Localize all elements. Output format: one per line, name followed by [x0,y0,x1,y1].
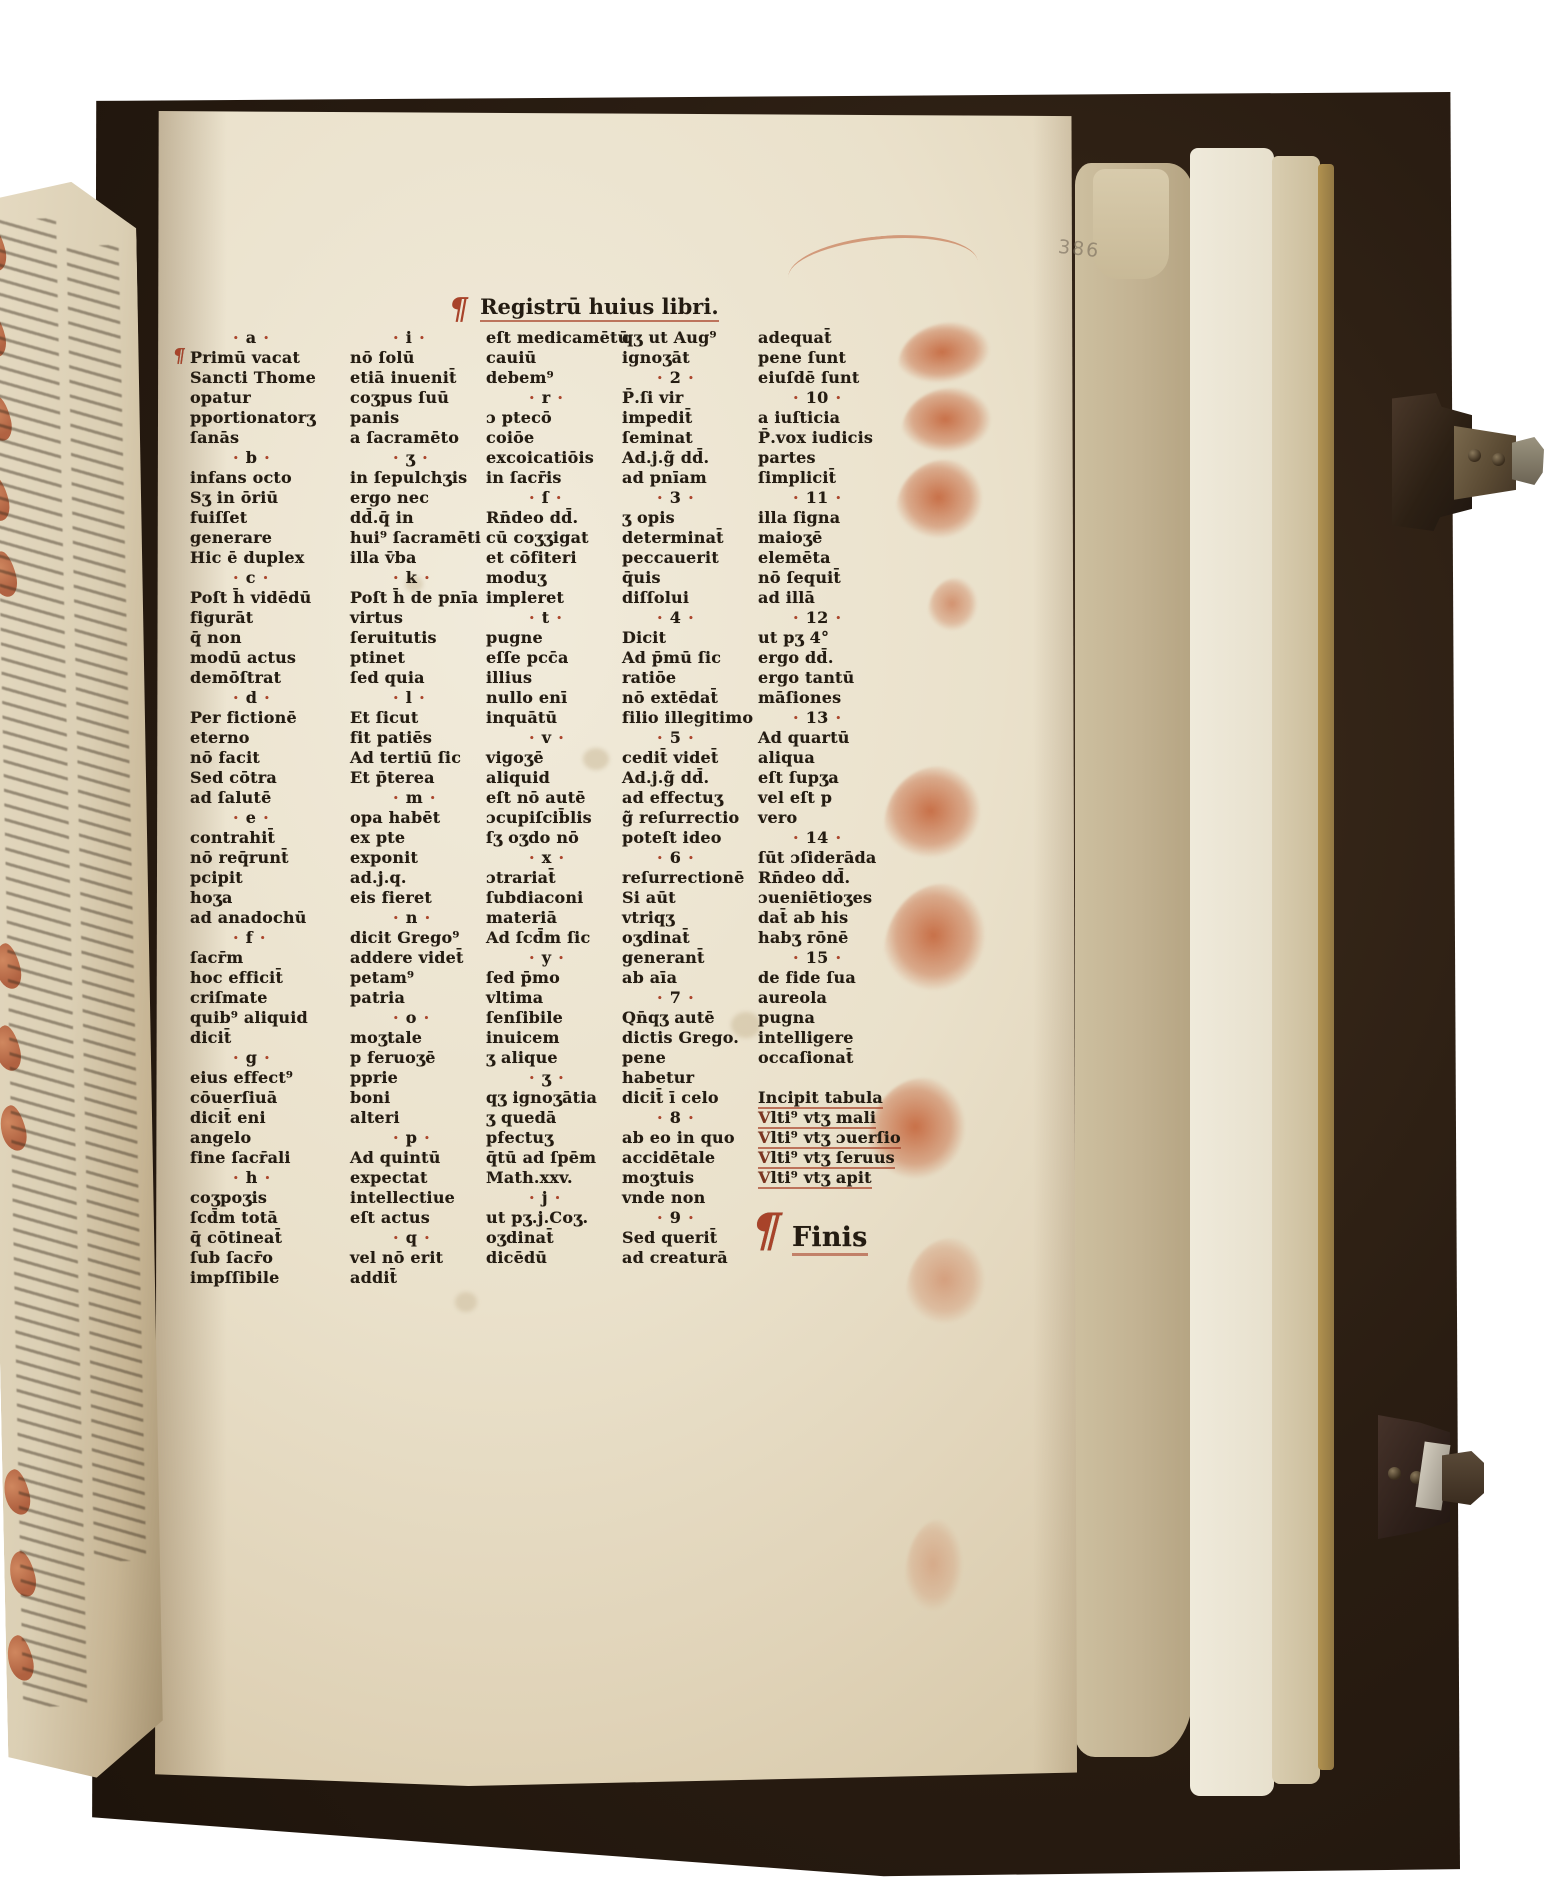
register-line: moʒtuis [622,1168,774,1188]
register-line: coʒpoʒis [190,1188,342,1208]
marker-dot: · [417,1228,437,1247]
marker-dot: · [418,908,438,927]
marker-dot: · [522,1188,542,1207]
line-text: ignoʒāt [622,348,690,367]
register-line: Sed cōtra [190,768,342,788]
line-text: boni [350,1088,390,1107]
register-line: materiā [486,908,638,928]
marker-dot: · [550,388,570,407]
register-line: Vlti⁹ vtʒ apit [758,1168,936,1188]
register-title: Registrū huius libri. [480,294,719,322]
register-line: ergo dd̄. [758,648,936,668]
register-line: habʒ rōnē [758,928,936,948]
line-text: ad anadochū [190,908,307,927]
line-text: demōſtrat [190,668,281,687]
register-line: pene ſunt [758,348,936,368]
marker-dot: · [257,688,277,707]
section-marker: ·3· [622,488,774,508]
line-text: eiuſdē ſunt [758,368,859,387]
marker-dot: · [386,1128,406,1147]
marker-letter: 7 [670,988,681,1007]
line-text: ſacr̄m [190,948,243,967]
line-text: Ad ſcd̄m ſic [486,928,590,947]
register-line: adequat̄ [758,328,936,348]
line-text: pportionatorʒ [190,408,316,427]
register-line: Ad.j.g̃ dd̄. [622,768,774,788]
marker-letter: 3 [670,488,681,507]
marker-letter: 15 [806,948,829,967]
register-line: P̄.ſi vir [622,388,774,408]
marker-dot: · [681,608,701,627]
register-line: ut pʒ 4° [758,628,936,648]
section-marker: ·b· [190,448,342,468]
register-line: criſmate [190,988,342,1008]
fore-edge-flyleaf [1075,163,1193,1757]
register-line: ſacr̄m [190,948,342,968]
line-text: eſt ſupʒa [758,768,839,787]
section-marker: ·v· [486,728,638,748]
line-text: eſt nō autē [486,788,586,807]
register-line: accidētale [622,1148,774,1168]
line-text: ptinet [350,648,405,667]
register-line: Et p̄terea [350,768,502,788]
register-line: ſenſibile [486,1008,638,1028]
register-line: ſed p̄mo [486,968,638,988]
marker-dot: · [522,1068,542,1087]
register-line: vel nō erit [350,1248,502,1268]
register-line: Sʒ in ōriū [190,488,342,508]
marker-letter: 4 [670,608,681,627]
line-text: petam⁹ [350,968,414,987]
section-marker: ·r· [486,388,638,408]
marker-dot: · [417,1128,437,1147]
register-line: intellectiue [350,1188,502,1208]
line-text: vel eſt p [758,788,832,807]
line-text: materiā [486,908,557,927]
line-text: ad ſalutē [190,788,271,807]
register-line: contrahit̄ [190,828,342,848]
photo-of-open-incunable: ¶Registrū huius libri. ·a·¶Primū vacatSa… [0,0,1561,1890]
section-marker: ·ſ· [486,488,638,508]
line-text: Math.xxv. [486,1168,573,1187]
line-text: coʒpus ſuū [350,388,449,407]
line-text: excoicatiōis [486,448,594,467]
line-text: in ſepulchʒis [350,468,467,487]
register-line: vero [758,808,936,828]
section-marker: ·14· [758,828,936,848]
section-marker: ·m· [350,788,502,808]
marker-dot: · [551,1068,571,1087]
marker-dot: · [828,488,848,507]
marker-letter: y [542,948,552,967]
register-line: Ad ſcd̄m ſic [486,928,638,948]
line-text: pprie [350,1068,398,1087]
marker-dot: · [386,328,406,347]
register-line: p feruoʒē [350,1048,502,1068]
marker-dot: · [257,1048,277,1067]
marker-dot: · [226,688,246,707]
register-line: hoc efficit̄ [190,968,342,988]
register-line: dd̄.q̄ in [350,508,502,528]
section-marker: ·h· [190,1168,342,1188]
line-text: Et ſicut [350,708,418,727]
register-line: figurāt [190,608,342,628]
marker-dot: · [522,728,542,747]
register-line: eiuſdē ſunt [758,368,936,388]
register-line: nō ſequit̄ [758,568,936,588]
register-line: hoʒa [190,888,342,908]
marker-letter: 10 [806,388,829,407]
marker-dot: · [386,1008,406,1027]
register-line: Hic ē duplex [190,548,342,568]
line-text: ſʒ oʒdo nō [486,828,579,847]
line-text: moduʒ [486,568,547,587]
marker-dot: · [786,608,806,627]
line-text: habetur [622,1068,694,1087]
marker-dot: · [786,948,806,967]
register-column-3: eſt medicamētūcauiūdebem⁹·r·ɔ ptecōcoiōe… [486,328,638,1268]
register-line: dicēdū [486,1248,638,1268]
line-text: ad illā [758,588,815,607]
line-text: Vlti⁹ vtʒ ſeruus [758,1148,895,1169]
section-marker: ·c· [190,568,342,588]
line-text: Ad.j.g̃ dd̄. [622,768,709,787]
section-marker: ·12· [758,608,936,628]
line-text: ʒ opis [622,508,675,527]
line-text: q̄ non [190,628,242,647]
line-text: poteſt ideo [622,828,722,847]
line-text: hui⁹ ſacramēti [350,528,481,547]
section-marker: ·2· [622,368,774,388]
register-line: Rn̄deo dd̄. [486,508,638,528]
marker-dot: · [681,368,701,387]
marker-dot: · [828,388,848,407]
line-text: Primū vacat [190,348,300,367]
line-text: eis fieret [350,888,432,907]
section-marker: ·p· [350,1128,502,1148]
line-text: dicēdū [486,1248,547,1267]
line-text: pene ſunt [758,348,846,367]
register-line: reſurrectionē [622,868,774,888]
register-line: dictis Grego. [622,1028,774,1048]
marker-letter: v [542,728,552,747]
register-line: ad pnīam [622,468,774,488]
line-text: fuiſſet [190,508,247,527]
line-text: ʒ quedā [486,1108,557,1127]
register-line: vel eſt p [758,788,936,808]
line-text: dictis Grego. [622,1028,739,1047]
line-text: pugna [758,1008,815,1027]
line-text: qʒ ut Aug⁹ [622,328,717,347]
marker-dot: · [549,488,569,507]
line-text: generare [190,528,272,547]
line-text: Sed querit̄ [622,1228,717,1247]
section-marker: ·n· [350,908,502,928]
register-line: ut pʒ.j.Coʒ. [486,1208,638,1228]
line-text: nō req̄runt̄ [190,848,289,867]
marker-dot: · [650,608,670,627]
register-line: ſcd̄m totā [190,1208,342,1228]
register-line: exponit [350,848,502,868]
section-marker: ·d· [190,688,342,708]
register-line: elemēta [758,548,936,568]
register-header: ¶Registrū huius libri. [449,292,719,327]
section-marker: ·9· [622,1208,774,1228]
marker-dot: · [681,988,701,1007]
register-line: patria [350,988,502,1008]
line-text: nō facit [190,748,260,767]
line-text: ad effectuʒ [622,788,723,807]
line-text: ab aīa [622,968,677,987]
marker-dot: · [257,448,277,467]
section-marker: ·11· [758,488,936,508]
register-line: Per fictionē [190,708,342,728]
marker-dot: · [828,948,848,967]
marker-dot: · [551,728,571,747]
line-text: addere videt̄ [350,948,464,967]
register-line: pene [622,1048,774,1068]
line-text: ſūt ɔſiderāda [758,848,877,867]
line-text: Finis [792,1222,868,1256]
line-text: angelo [190,1128,251,1147]
marker-letter: ſ [542,488,549,507]
line-text: aliquid [486,768,550,787]
marker-letter: m [406,788,423,807]
register-line: demōſtrat [190,668,342,688]
register-line: Poſt h̄ de pnīa [350,588,502,608]
line-text: vltima [486,988,543,1007]
marker-letter: h [246,1168,258,1187]
line-text: nō ſolū [350,348,415,367]
line-text: Hic ē duplex [190,548,304,567]
marker-dot: · [256,808,276,827]
marker-dot: · [681,488,701,507]
marker-dot: · [386,1228,406,1247]
line-text: moʒtuis [622,1168,694,1187]
line-text: Ad p̄mū ſic [622,648,721,667]
marker-dot: · [681,1208,701,1227]
register-line: Incipit tabula [758,1088,936,1108]
register-line: eſt nō autē [486,788,638,808]
section-marker: ·e· [190,808,342,828]
line-text: impleret [486,588,564,607]
register-line: ab aīa [622,968,774,988]
register-line: nō extēdat̄ [622,688,774,708]
section-marker: ·6· [622,848,774,868]
register-line: eis fieret [350,888,502,908]
marker-dot: · [650,1208,670,1227]
register-line: a iuſticia [758,408,936,428]
register-line: nō req̄runt̄ [190,848,342,868]
line-text: Rn̄deo dd̄. [758,868,850,887]
register-line: ſʒ oʒdo nō [486,828,638,848]
line-text: Vlti⁹ vtʒ mali [758,1108,876,1129]
line-text: dicit̄ [190,1028,231,1047]
line-text: panis [350,408,399,427]
clasp-hook [1512,437,1544,485]
marker-letter: ʒ [542,1068,551,1087]
register-line: aliqua [758,748,936,768]
line-text: coʒpoʒis [190,1188,267,1207]
register-line: Rn̄deo dd̄. [758,868,936,888]
line-text: generant̄ [622,948,705,967]
marker-dot: · [417,1008,437,1027]
register-line: ʒ alique [486,1048,638,1068]
line-text: ɔtrariat̄ [486,868,556,887]
line-text: reſurrectionē [622,868,744,887]
section-marker: ·5· [622,728,774,748]
marker-dot: · [522,848,542,867]
marker-letter: 12 [806,608,829,627]
register-line: P̄.vox iudicis [758,428,936,448]
marker-letter: 6 [670,848,681,867]
line-text: dat̄ ab his [758,908,848,927]
line-text: illa v̄ba [350,548,417,567]
marker-dot: · [226,808,246,827]
register-line: ex pte [350,828,502,848]
register-line: moʒtale [350,1028,502,1048]
register-line: Qn̄qʒ autē [622,1008,774,1028]
line-text: oʒdinat̄ [486,1228,554,1247]
clasp-rivet [1388,1467,1401,1480]
register-line: ratiōe [622,668,774,688]
line-text: cedit̄ videt̄ [622,748,718,767]
line-text: habʒ rōnē [758,928,849,947]
register-line: fit patiēs [350,728,502,748]
line-text: eius effect⁹ [190,1068,293,1087]
line-text: ſimplicit̄ [758,468,836,487]
register-line: moduʒ [486,568,638,588]
register-line: nullo enī [486,688,638,708]
register-line: Dicit [622,628,774,648]
register-line: illa ſigna [758,508,936,528]
line-text: Dicit [622,628,666,647]
line-text: Qn̄qʒ autē [622,1008,715,1027]
register-line: eſt medicamētū [486,328,638,348]
marker-dot: · [681,728,701,747]
line-text: intelligere [758,1028,854,1047]
register-line: coʒpus ſuū [350,388,502,408]
parchment-stain [455,1292,477,1312]
register-line: oʒdinat̄ [486,1228,638,1248]
marker-dot: · [423,788,443,807]
clasp-rivet [1468,449,1481,462]
register-line: ſeminat [622,428,774,448]
register-line: q̄uis [622,568,774,588]
register-line: eſt actus [350,1208,502,1228]
marker-letter: g [246,1048,257,1067]
marker-dot: · [415,448,435,467]
register-line: ad.j.q. [350,868,502,888]
line-text: ſcd̄m totā [190,1208,278,1227]
line-text: figurāt [190,608,253,627]
register-line: virtus [350,608,502,628]
register-line: Poſt h̄ vidēdū [190,588,342,608]
line-text: contrahit̄ [190,828,275,847]
line-text: Ad quintū [350,1148,441,1167]
register-line: intelligere [758,1028,936,1048]
fore-edge-gilt-line [1318,164,1334,1770]
line-text: Ad quartū [758,728,850,747]
register-line: aureola [758,988,936,1008]
line-text: ex pte [350,828,405,847]
line-text: Incipit tabula [758,1088,883,1109]
marker-letter: 8 [670,1108,681,1127]
marker-letter: k [406,568,417,587]
marker-letter: d [246,688,257,707]
line-text: virtus [350,608,403,627]
line-text: ab eo in quo [622,1128,735,1147]
marker-dot: · [650,488,670,507]
line-text: ad.j.q. [350,868,407,887]
marker-dot: · [386,908,406,927]
line-text: dicit̄ ī celo [622,1088,719,1107]
line-text: ſeminat [622,428,693,447]
register-line: eterno [190,728,342,748]
line-text: infans octo [190,468,292,487]
register-line: q̄ cōtineat̄ [190,1228,342,1248]
register-line: ergo tantū [758,668,936,688]
blank-line [758,1068,936,1088]
line-text: cōuerſiuā [190,1088,277,1107]
register-line: vnde non [622,1188,774,1208]
line-text: expectat [350,1168,428,1187]
register-line: maioʒē [758,528,936,548]
marker-dot: · [256,568,276,587]
line-text: ſub ſacr̄o [190,1248,273,1267]
marker-dot: · [681,848,701,867]
line-text: Ad.j.g̃ dd̄. [622,448,709,467]
line-text: ʒ alique [486,1048,558,1067]
line-text: q̄uis [622,568,661,587]
marker-dot: · [386,568,406,587]
line-text: inuicem [486,1028,560,1047]
line-text: etiā inuenit̄ [350,368,457,387]
line-text: p feruoʒē [350,1048,436,1067]
marker-dot: · [417,568,437,587]
register-line: excoicatiōis [486,448,638,468]
line-text: ſed p̄mo [486,968,560,987]
marker-dot: · [828,608,848,627]
section-marker: ·8· [622,1108,774,1128]
section-marker: ·10· [758,388,936,408]
marker-dot: · [552,848,572,867]
register-line: eius effect⁹ [190,1068,342,1088]
line-text: dicit Grego⁹ [350,928,460,947]
register-line: pfectuʒ [486,1128,638,1148]
marker-letter: x [542,848,552,867]
register-line: impleret [486,588,638,608]
clasp-rivet [1492,453,1505,466]
register-line: impſſibile [190,1268,342,1288]
line-text: patria [350,988,405,1007]
register-line: vltima [486,988,638,1008]
register-line: modū actus [190,648,342,668]
register-line: ɔ ptecō [486,408,638,428]
marker-dot: · [522,488,542,507]
line-text: qʒ ignoʒātia [486,1088,597,1107]
line-text: ut pʒ.j.Coʒ. [486,1208,588,1227]
register-line: cōuerſiuā [190,1088,342,1108]
register-line: ɔcupiſcib̄lis [486,808,638,828]
section-marker: ·ʒ· [350,448,502,468]
register-line: alteri [350,1108,502,1128]
marker-letter: p [406,1128,417,1147]
section-marker: ·a· [190,328,342,348]
register-line: ſubdiaconi [486,888,638,908]
section-marker: ·j· [486,1188,638,1208]
finis-mark: ¶Finis [758,1220,936,1256]
